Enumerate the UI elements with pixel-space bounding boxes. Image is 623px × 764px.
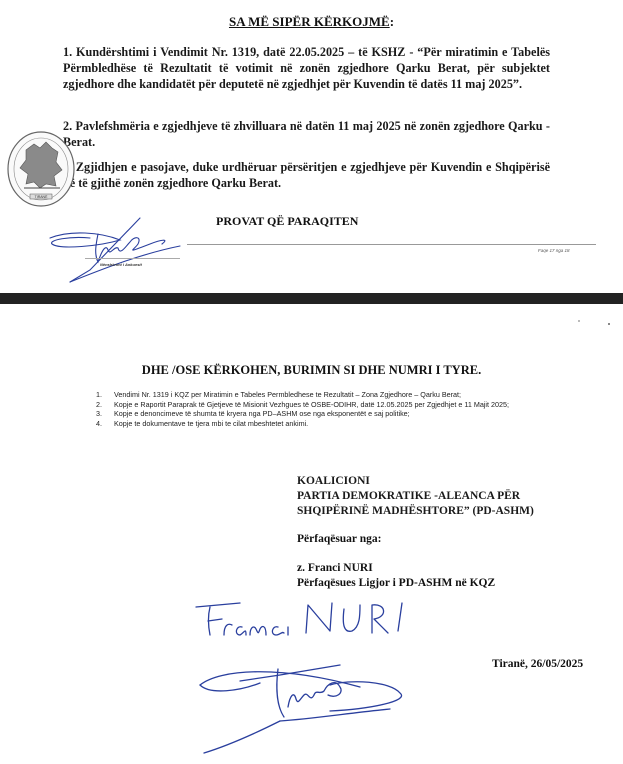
- represented-by-label: Përfaqësuar nga:: [297, 533, 381, 545]
- place-and-date: Tiranë, 26/05/2025: [492, 658, 583, 670]
- organization-block: KOALICIONI PARTIA DEMOKRATIKE -ALEANCA P…: [297, 474, 534, 519]
- request-item-1: 1. Kundërshtimi i Vendimit Nr. 1319, dat…: [63, 44, 550, 92]
- list-text: Kopje e denoncimeve të shumta të kryera …: [114, 409, 596, 419]
- signature-label: Nënshkrimi i Ankuesit: [100, 262, 142, 267]
- organization-line-1: KOALICIONI: [297, 474, 534, 489]
- evidence-list: 1.Vendimi Nr. 1319 i KQZ per Miratimin e…: [96, 390, 596, 428]
- evidence-sources-heading: DHE /OSE KËRKOHEN, BURIMIN SI DHE NUMRI …: [0, 363, 623, 378]
- list-number: 1.: [96, 390, 114, 400]
- representative-signature-icon: [180, 595, 480, 760]
- list-text: Kopje e Raportit Paraprak të Gjetjeve të…: [114, 400, 596, 410]
- document-page-top: SA MË SIPËR KËRKOJMË: 1. Kundërshtimi i …: [0, 0, 623, 293]
- complainant-signature-icon: [30, 210, 200, 290]
- scan-speck: [578, 320, 580, 322]
- page-number: Faqe 17 nga 18: [538, 248, 570, 253]
- evidence-list-item: 4.Kopje te dokumentave te tjera mbi te c…: [96, 419, 596, 429]
- official-stamp-icon: TIRANË: [6, 130, 76, 208]
- requests-heading-colon: :: [390, 14, 394, 29]
- representative-title: Përfaqësues Ligjor i PD-ASHM në KQZ: [297, 576, 495, 591]
- request-item-2: 2. Pavlefshmëria e zgjedhjeve të zhvillu…: [63, 118, 550, 150]
- page-separator: [0, 293, 623, 304]
- footer-rule: [187, 244, 596, 245]
- list-text: Kopje te dokumentave te tjera mbi te cil…: [114, 419, 596, 429]
- list-text: Vendimi Nr. 1319 i KQZ per Miratimin e T…: [114, 390, 596, 400]
- list-number: 2.: [96, 400, 114, 410]
- list-number: 4.: [96, 419, 114, 429]
- list-number: 3.: [96, 409, 114, 419]
- requests-heading-text: SA MË SIPËR KËRKOJMË: [229, 14, 390, 29]
- signature-line: [85, 258, 180, 259]
- request-item-3: 3. Zgjidhjen e pasojave, duke urdhëruar …: [63, 159, 550, 191]
- organization-line-3: SHQIPËRINË MADHËSHTORE” (PD-ASHM): [297, 504, 534, 519]
- evidence-list-item: 2.Kopje e Raportit Paraprak të Gjetjeve …: [96, 400, 596, 410]
- representative-name: z. Franci NURI: [297, 561, 495, 576]
- organization-line-2: PARTIA DEMOKRATIKE -ALEANCA PËR: [297, 489, 534, 504]
- representative-block: z. Franci NURI Përfaqësues Ligjor i PD-A…: [297, 561, 495, 591]
- scan-speck: [608, 323, 610, 325]
- requests-heading: SA MË SIPËR KËRKOJMË:: [0, 14, 623, 30]
- evidence-list-item: 3.Kopje e denoncimeve të shumta të kryer…: [96, 409, 596, 419]
- evidence-heading: PROVAT QË PARAQITEN: [216, 214, 358, 229]
- svg-text:TIRANË: TIRANË: [35, 195, 49, 199]
- evidence-list-item: 1.Vendimi Nr. 1319 i KQZ per Miratimin e…: [96, 390, 596, 400]
